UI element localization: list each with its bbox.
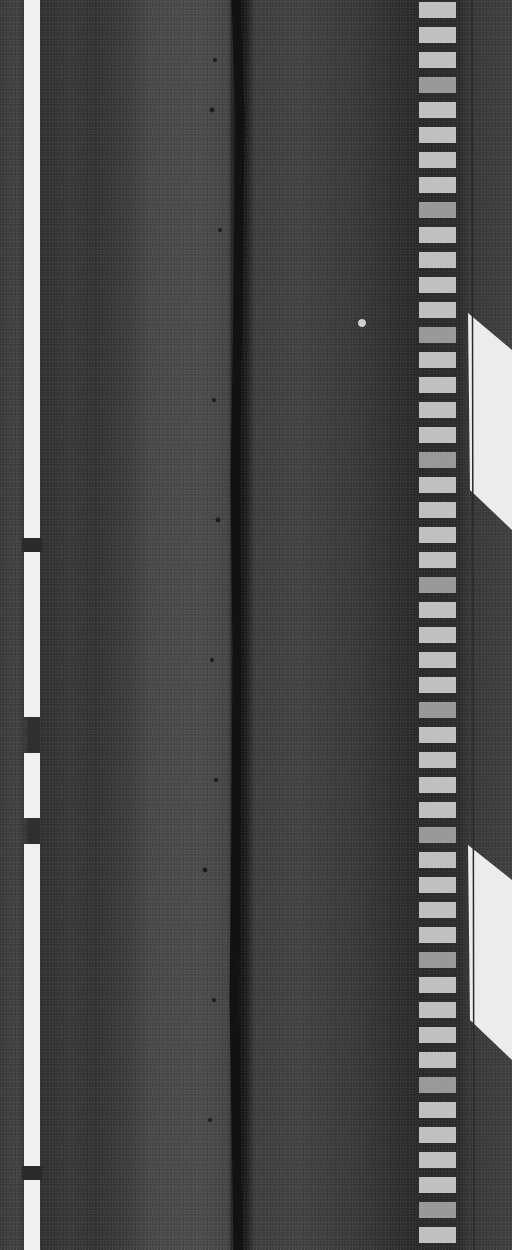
road-surface-image: [0, 0, 512, 1250]
surface-stains: [203, 58, 367, 1122]
hatch-marking-upper: [468, 313, 512, 530]
hatch-marking-lower: [468, 845, 512, 1060]
center-joint: [234, 0, 240, 1250]
road-markings: [0, 0, 512, 1250]
left-edge-line: [22, 0, 42, 1250]
rumble-strip-markings: [419, 2, 456, 1243]
